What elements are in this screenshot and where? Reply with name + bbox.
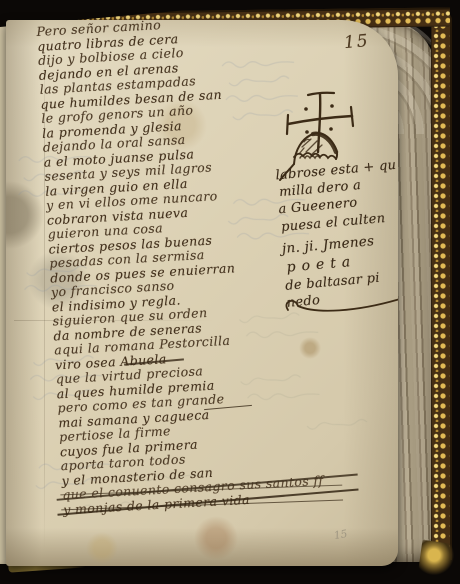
margin-note: labrose esta + qumilla dero aa Gueenerop…: [275, 155, 427, 312]
gilt-corner-bottom-right: [418, 540, 456, 578]
gilt-tooled-border-right: [431, 12, 452, 560]
folio-number-pencil: 15: [333, 528, 348, 542]
manuscript-photo: Pero señor caminoquatro libras de ceradi…: [0, 0, 460, 584]
folio-number-ink: 15: [343, 31, 370, 53]
